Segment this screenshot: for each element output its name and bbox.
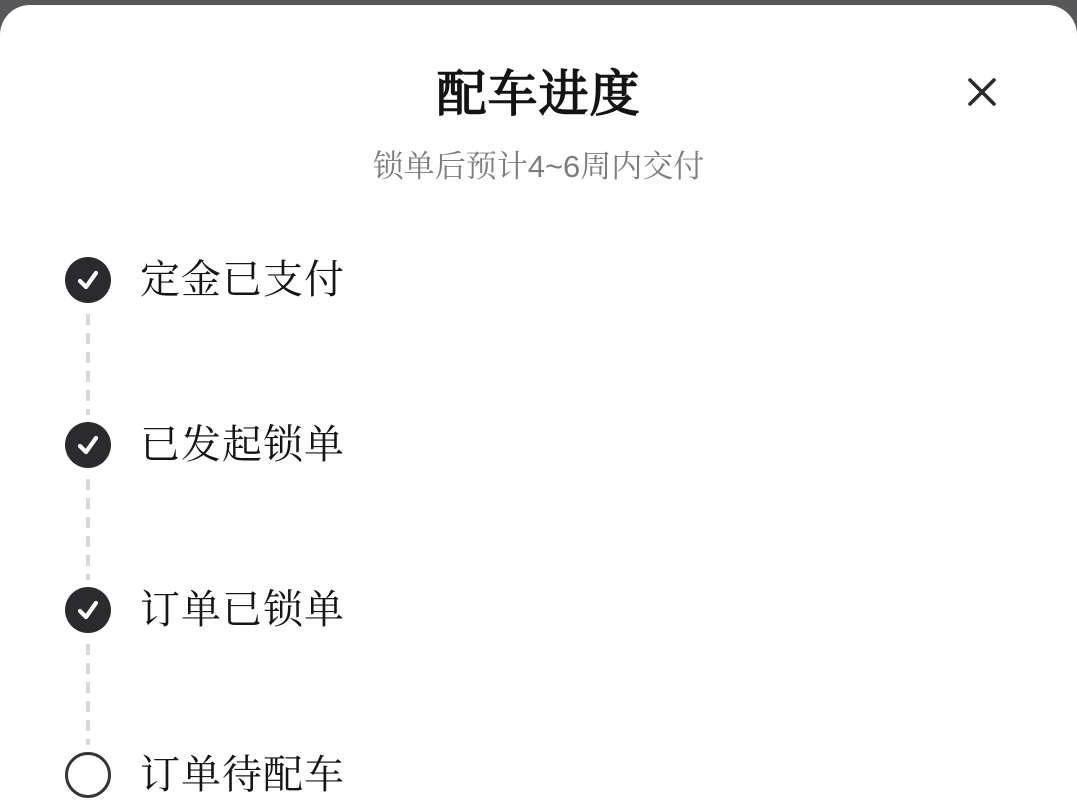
timeline-step: 定金已支付 [65,257,345,303]
empty-circle-icon [65,752,111,798]
vehicle-allocation-modal-screen: 配车进度 锁单后预计4~6周内交付 定金已支付 [0,0,1077,807]
check-icon [75,597,101,623]
step-label: 已发起锁单 [140,422,345,468]
check-circle-icon [65,422,111,468]
check-icon [75,432,101,458]
step-connector [86,644,90,745]
check-icon [75,267,101,293]
timeline-step: 订单待配车 [65,752,345,798]
check-circle-icon [65,257,111,303]
step-connector [86,314,90,415]
step-label: 订单已锁单 [140,587,345,633]
progress-timeline: 定金已支付 已发起锁单 订单已锁单 [0,5,1077,807]
step-connector [86,479,90,580]
check-circle-icon [65,587,111,633]
timeline-step: 已发起锁单 [65,422,345,468]
timeline-step: 订单已锁单 [65,587,345,633]
step-label: 定金已支付 [140,257,345,303]
step-label: 订单待配车 [140,752,345,798]
bottom-sheet: 配车进度 锁单后预计4~6周内交付 定金已支付 [0,5,1077,807]
